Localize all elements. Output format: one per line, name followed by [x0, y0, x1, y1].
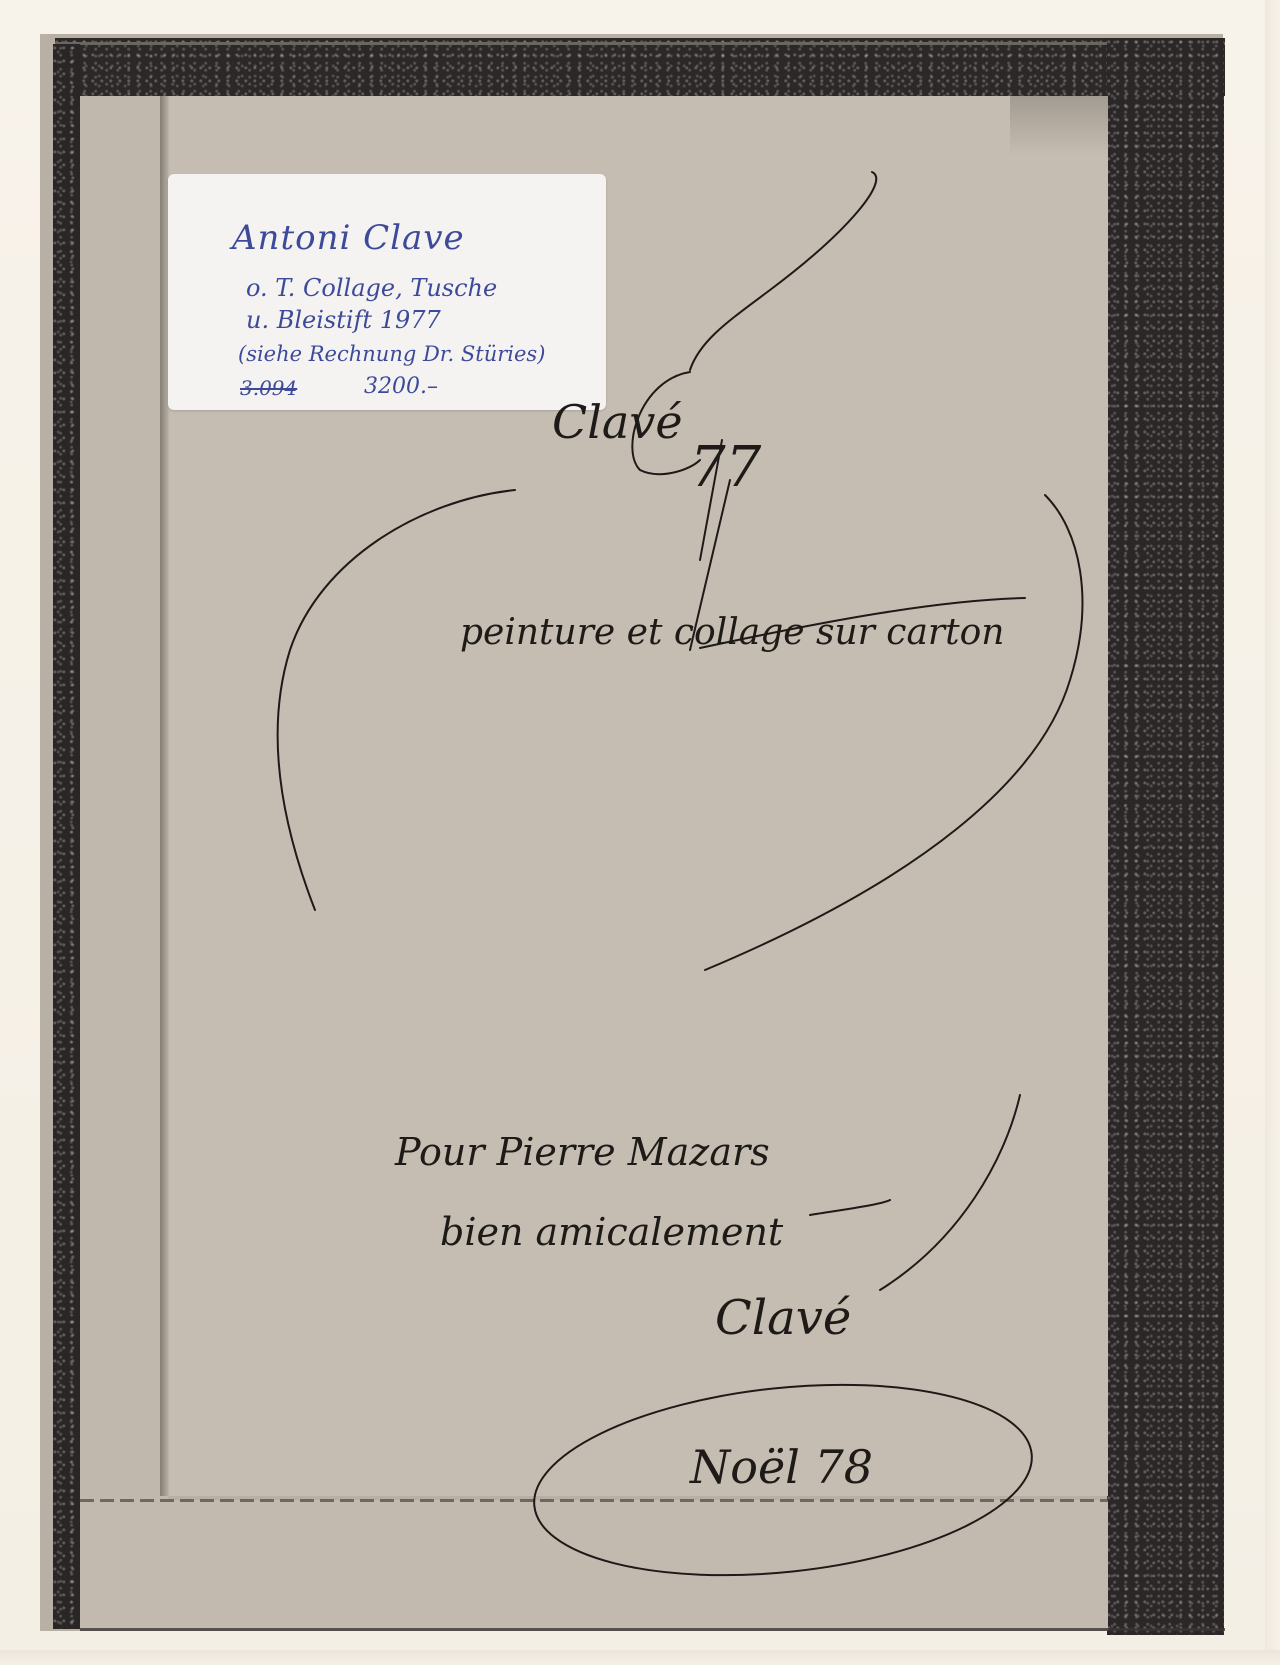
inscription-greeting: Noël 78 — [690, 1440, 873, 1494]
provenance-label: Antoni Clave o. T. Collage, Tusche u. Bl… — [168, 174, 606, 410]
inscription-year: 77 — [690, 435, 761, 500]
dedication-line-2: bien amicalement — [440, 1210, 783, 1254]
label-title-medium: o. T. Collage, Tusche — [246, 274, 497, 302]
label-invoice-note: (siehe Rechnung Dr. Stüries) — [238, 342, 545, 366]
label-price-crossed-out: 3.094 — [240, 376, 297, 400]
label-artist-name: Antoni Clave — [232, 218, 465, 258]
artist-signature-bottom: Clavé — [715, 1290, 851, 1346]
artist-signature-top: Clavé — [552, 395, 683, 449]
inscription-medium: peinture et collage sur carton — [460, 612, 1004, 653]
dedication-line-1: Pour Pierre Mazars — [395, 1130, 770, 1174]
label-price: 3200.– — [364, 374, 438, 399]
label-medium-year: u. Bleistift 1977 — [246, 306, 441, 334]
